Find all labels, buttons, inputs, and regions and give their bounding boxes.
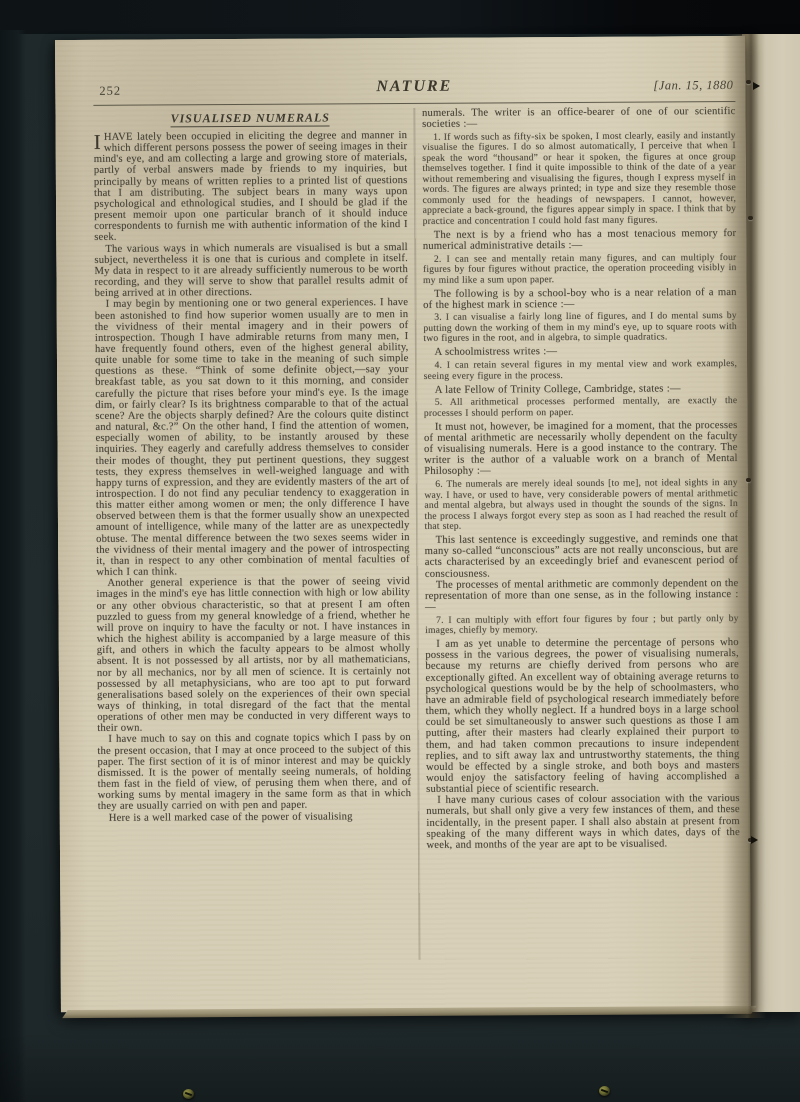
paragraph: Another general experience is that the p… [96,576,410,734]
issue-date: [Jan. 15, 1880 [653,78,733,93]
paragraph: It must not, however, be imagined for a … [424,420,738,478]
margin-arrow-mark-icon [753,82,760,90]
header-rule [93,101,735,106]
article-title: VISUALISED NUMERALS [93,110,407,127]
numbered-quote-paragraph: 2. I can see and mentally retain many fi… [423,253,737,286]
paragraph: IHAVE lately been occupied in eliciting … [94,130,408,243]
scanner-top-band [0,0,800,34]
binding-stitch-icon [748,216,753,220]
left-column-body: IHAVE lately been occupied in eliciting … [94,130,412,824]
numbered-quote-paragraph: 1. If words such as fifty-six be spoken,… [422,131,736,227]
paragraph: The following is by a school-boy who is … [423,287,737,311]
numbered-quote-paragraph: 5. All arithmetical processes performed … [424,396,738,419]
binding-stitch-icon [746,478,751,482]
paragraph: A schoolmistress writes :— [423,345,737,358]
numbered-quote-paragraph: 4. I can retain several figures in my me… [424,359,738,382]
facing-page-edge [742,34,800,1012]
paragraph: The processes of mental arithmetic are c… [425,578,739,613]
paragraph: Here is a well marked case of the power … [98,810,412,823]
numbered-quote-paragraph: 7. I can multiply with effort four figur… [425,614,739,637]
paragraph: numerals. The writer is an office-bearer… [422,106,736,130]
paragraph: The next is by a friend who has a most t… [423,228,737,252]
journal-title: NATURE [93,76,735,98]
paragraph: I have much to say on this and cognate t… [97,732,411,812]
masthead: 252 NATURE [Jan. 15, 1880 [93,76,735,102]
two-column-text: VISUALISED NUMERALS IHAVE lately been oc… [93,106,740,962]
margin-arrow-mark-icon [751,836,758,844]
bottom-vignette [0,1032,800,1102]
paragraph: I am as yet unable to determine the perc… [425,637,739,795]
paragraph: This last sentence is exceedingly sugges… [425,533,739,580]
right-column: numerals. The writer is an office-bearer… [414,106,741,960]
paragraph: The various ways in which numerals are v… [94,242,408,300]
drop-cap: I [94,132,104,152]
paragraph: I have many curious cases of colour asso… [426,793,740,851]
printed-area: 252 NATURE [Jan. 15, 1880 VISUALISED NUM… [93,76,740,962]
numbered-quote-paragraph: 6. The numerals are merely ideal sounds … [424,478,738,532]
journal-page: 252 NATURE [Jan. 15, 1880 VISUALISED NUM… [55,36,751,1012]
binding-stitch-icon [746,80,751,84]
right-column-body: numerals. The writer is an office-bearer… [422,106,740,851]
numbered-quote-paragraph: 3. I can visualise a fairly long line of… [423,311,737,344]
paragraph: I may begin by mentioning one or two gen… [95,297,410,578]
left-column: VISUALISED NUMERALS IHAVE lately been oc… [93,108,419,962]
paragraph: A late Fellow of Trinity College, Cambri… [424,383,738,396]
scanner-left-shadow [0,30,26,1102]
